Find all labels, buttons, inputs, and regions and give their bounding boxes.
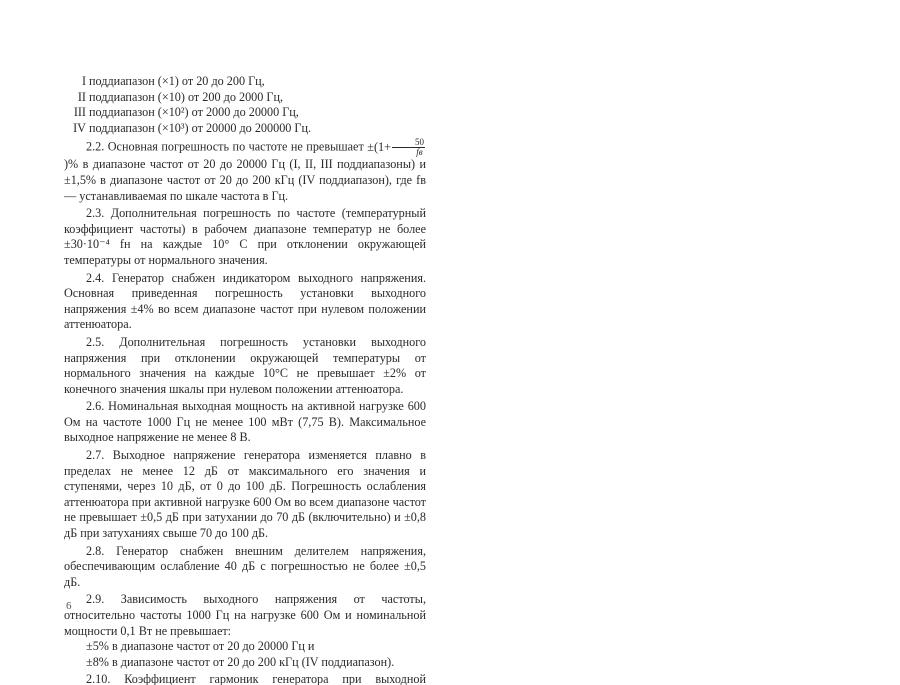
paragraph-2-8: 2.8. Генератор снабжен внешним делителем… [64,544,426,591]
tolerance-item: ±8% в диапазоне частот от 20 до 200 кГц … [64,655,426,671]
paragraph-2-9: 2.9. Зависимость выходного напряжения от… [64,592,426,670]
paragraph-2-2: 2.2. Основная погрешность по частоте не … [64,138,426,204]
paragraph-2-7: 2.7. Выходное напряжение генератора изме… [64,448,426,542]
fraction: 50fв [392,138,425,157]
paragraph-2-10: 2.10. Коэффициент гармоник генератора пр… [64,672,426,685]
subrange-item: Iподдиапазон (×1) от 20 до 200 Гц, [64,74,426,90]
subrange-list: Iподдиапазон (×1) от 20 до 200 Гц, IIпод… [64,74,426,136]
paragraph-2-6: 2.6. Номинальная выходная мощность на ак… [64,399,426,446]
paragraph-2-3: 2.3. Дополнительная погрешность по часто… [64,206,426,268]
tolerance-item: ±5% в диапазоне частот от 20 до 20000 Гц… [64,639,426,655]
document-page: Iподдиапазон (×1) от 20 до 200 Гц, IIпод… [64,74,426,685]
subrange-item: IIподдиапазон (×10) от 200 до 2000 Гц, [64,90,426,106]
subrange-item: IIIподдиапазон (×10²) от 2000 до 20000 Г… [64,105,426,121]
paragraph-2-5: 2.5. Дополнительная погрешность установк… [64,335,426,397]
paragraph-2-4: 2.4. Генератор снабжен индикатором выход… [64,271,426,333]
subrange-item: IVподдиапазон (×10³) от 20000 до 200000 … [64,121,426,137]
page-number: 6 [66,600,72,612]
